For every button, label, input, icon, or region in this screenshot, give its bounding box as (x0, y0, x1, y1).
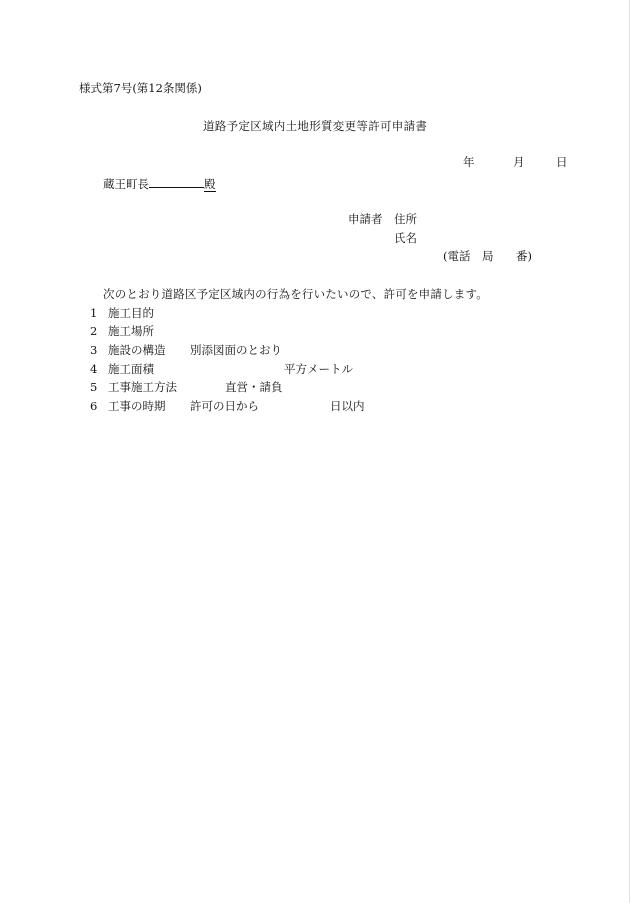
list-item: 1施工目的 (90, 306, 154, 320)
date-month-label: 月 (513, 155, 556, 169)
list-item: 5工事施工方法 直営・請負 (90, 380, 177, 394)
list-item: 3施設の構造 別添図面のとおり (90, 343, 166, 357)
addressee-honorific: 殿 (204, 177, 216, 192)
item-label: 施工場所 (108, 324, 154, 338)
item-number: 5 (90, 380, 108, 394)
date-year-label: 年 (463, 155, 513, 169)
item-value-suffix: 日以内 (330, 399, 365, 413)
item-number: 4 (90, 362, 108, 376)
item-label: 施工面積 (108, 362, 154, 376)
item-value: 別添図面のとおり (190, 343, 282, 357)
item-number: 3 (90, 343, 108, 357)
item-label: 工事の時期 (108, 399, 166, 413)
document-title: 道路予定区域内土地形質変更等許可申請書 (203, 119, 427, 133)
item-label: 工事施工方法 (108, 380, 177, 394)
applicant-name-label: 氏名 (394, 231, 417, 245)
document-page: 様式第7号(第12条関係) 道路予定区域内土地形質変更等許可申請書 年月日 蔵王… (0, 0, 630, 903)
item-number: 2 (90, 324, 108, 338)
phone-label: (電話 (443, 249, 482, 263)
applicant-address-label: 住所 (394, 212, 417, 226)
intro-statement: 次のとおり道路区予定区域内の行為を行いたいので、許可を申請します。 (103, 287, 488, 301)
date-day-label: 日 (556, 155, 568, 169)
item-value: 許可の日から (190, 399, 259, 413)
form-number-label: 様式第7号(第12条関係) (79, 81, 202, 95)
item-label: 施工目的 (108, 306, 154, 320)
phone-area-label: 局 (482, 249, 516, 263)
item-number: 6 (90, 399, 108, 413)
item-label: 施設の構造 (108, 343, 166, 357)
item-value: 平方メートル (284, 362, 353, 376)
date-row: 年月日 (463, 155, 568, 169)
list-item: 4施工面積 平方メートル (90, 362, 154, 376)
addressee-name: 蔵王町長 (103, 177, 149, 191)
list-item: 6工事の時期 許可の日から 日以内 (90, 399, 166, 413)
addressee-blank-line (149, 176, 204, 188)
applicant-phone-row: (電話局番) (443, 249, 532, 263)
addressee: 蔵王町長殿 (103, 176, 216, 191)
item-number: 1 (90, 306, 108, 320)
applicant-label: 申請者 (348, 212, 383, 226)
phone-number-label: 番) (516, 249, 532, 263)
list-item: 2施工場所 (90, 324, 154, 338)
item-value: 直営・請負 (225, 380, 283, 394)
